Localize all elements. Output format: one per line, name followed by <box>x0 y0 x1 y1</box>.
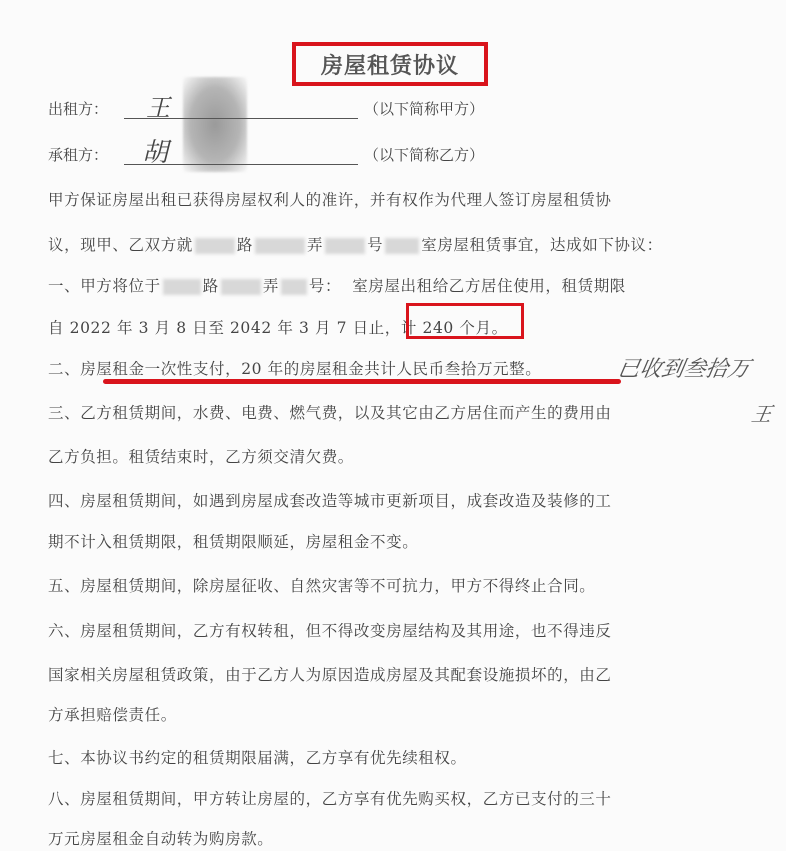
redacted-text <box>255 238 305 254</box>
redacted-text <box>385 238 419 254</box>
lessee-suffix: （以下简称乙方） <box>364 144 484 165</box>
clause-5: 五、房屋租赁期间，除房屋征收、自然灾害等不可抗力，甲方不得终止合同。 <box>48 574 595 596</box>
redacted-text <box>281 279 307 295</box>
text-segment: 议，现甲、乙双方就 <box>48 236 193 254</box>
text-segment: 室房屋出租给乙方居住使用，租赁期限 <box>352 277 626 295</box>
clause-1-line-1: 一、甲方将位于路弄号： 室房屋出租给乙方居住使用，租赁期限 <box>48 274 626 296</box>
clause-2: 二、房屋租金一次性支付，20 年的房屋租金共计人民币叁拾万元整。 <box>48 357 541 379</box>
lessee-handwritten-name: 胡 <box>142 132 168 169</box>
clause-6-line-3: 方承担赔偿责任。 <box>48 703 177 725</box>
clause-3-line-2: 乙方负担。租赁结束时，乙方须交清欠费。 <box>48 445 354 467</box>
lessor-signature-line: 王 <box>124 100 358 119</box>
lessor-suffix: （以下简称甲方） <box>364 98 484 119</box>
handwritten-note-received: 已收到叁拾万 <box>615 352 752 383</box>
preamble-line-1: 甲方保证房屋出租已获得房屋权利人的准许，并有权作为代理人签订房屋租赁协 <box>48 188 612 210</box>
clause-6-line-1: 六、房屋租赁期间，乙方有权转租，但不得改变房屋结构及其用途，也不得违反 <box>48 619 612 641</box>
text-segment: 号 <box>367 236 383 254</box>
redacted-text <box>325 238 365 254</box>
lessee-signature-line: 胡 <box>124 146 358 165</box>
clause-8-line-1: 八、房屋租赁期间，甲方转让房屋的，乙方享有优先购买权，乙方已支付的三十 <box>48 787 612 809</box>
text-segment: 室房屋租赁事宜，达成如下协议： <box>421 236 663 254</box>
title-highlight-box: 房屋租赁协议 <box>292 42 488 86</box>
lessor-handwritten-name: 王 <box>146 88 170 123</box>
clause-8-line-2: 万元房屋租金自动转为购房款。 <box>48 827 273 849</box>
document-title: 房屋租赁协议 <box>321 49 459 80</box>
lease-period-text: 自 2022 年 3 月 8 日至 2042 年 3 月 7 日止， <box>48 319 401 337</box>
rent-total-underline <box>103 379 621 384</box>
redacted-text <box>195 238 235 254</box>
text-segment: 号： <box>309 277 341 295</box>
redacted-text <box>163 279 201 295</box>
lessee-line: 承租方： 胡 （以下简称乙方） <box>48 144 484 165</box>
text-segment: 弄 <box>307 236 323 254</box>
clause-3-line-1: 三、乙方租赁期间，水费、电费、燃气费，以及其它由乙方居住而产生的费用由 <box>48 401 612 423</box>
text-segment: 路 <box>237 236 253 254</box>
redacted-text <box>221 279 261 295</box>
lessor-label: 出租方： <box>48 98 124 119</box>
clause-6-line-2: 国家相关房屋租赁政策，由于乙方人为原因造成房屋及其配套设施损坏的，由乙 <box>48 663 612 685</box>
lessor-line: 出租方： 王 （以下简称甲方） <box>48 98 484 119</box>
lessee-label: 承租方： <box>48 144 124 165</box>
lease-agreement-document: 房屋租赁协议 出租方： 王 （以下简称甲方） 承租方： 胡 （以下简称乙方） 甲… <box>0 0 786 851</box>
clause-4-line-1: 四、房屋租赁期间，如遇到房屋成套改造等城市更新项目，成套改造及装修的工 <box>48 489 612 511</box>
clause-7: 七、本协议书约定的租赁期限届满，乙方享有优先续租权。 <box>48 746 467 768</box>
clause-4-line-2: 期不计入租赁期限，租赁期限顺延，房屋租金不变。 <box>48 530 418 552</box>
handwritten-note-initial: 王 <box>749 398 774 427</box>
text-segment: 路 <box>203 277 219 295</box>
months-highlight-box <box>406 303 524 339</box>
text-segment: 弄 <box>263 277 279 295</box>
preamble-line-2: 议，现甲、乙双方就路弄号室房屋租赁事宜，达成如下协议： <box>48 233 663 255</box>
text-segment: 一、甲方将位于 <box>48 277 161 295</box>
